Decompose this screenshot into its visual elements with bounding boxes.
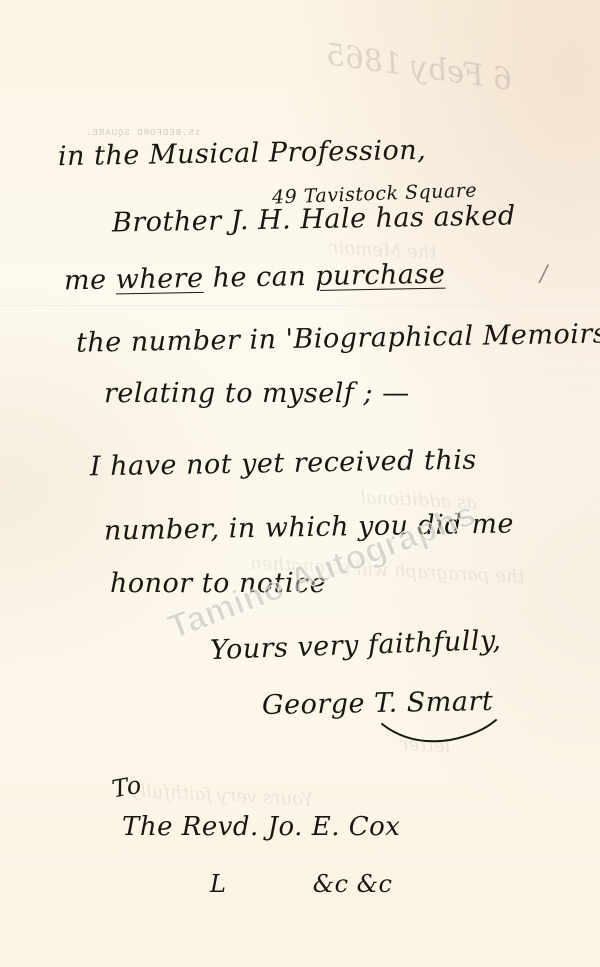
recipient-suffix-right: &c &c xyxy=(313,870,393,898)
fold-line xyxy=(0,305,600,307)
reverse-text-line: Yours very faithfully xyxy=(130,780,314,811)
signature-flourish-icon xyxy=(380,718,500,748)
recipient-suffix-left: L xyxy=(210,870,226,898)
reverse-date: 6 Feby 1865 xyxy=(323,37,514,98)
recipient-suffix: L &c &c xyxy=(210,870,392,898)
letter-line-1: in the Musical Profession, xyxy=(58,135,427,172)
underlined-word-where: where xyxy=(115,263,203,296)
letter-line-4: the number in 'Biographical Memoirs' xyxy=(76,318,600,358)
letter-line-3: me where he can purchase xyxy=(64,259,446,297)
recipient-name: The Revd. Jo. E. Cox xyxy=(122,812,400,842)
ink-mark: / xyxy=(540,262,547,287)
letter-line-5: relating to myself ; — xyxy=(104,378,410,409)
reverse-letterhead-address: 15.BEDFORD SQUARE. xyxy=(85,128,200,138)
letter-line-2: Brother J. H. Hale has asked xyxy=(112,200,516,238)
address-to: To xyxy=(110,771,144,804)
closing: Yours very faithfully, xyxy=(210,625,502,666)
letter-page: 6 Feby 1865 15.BEDFORD SQUARE. W.C. the … xyxy=(0,0,600,967)
letter-line-6: I have not yet received this xyxy=(90,445,477,483)
signature: George T. Smart xyxy=(262,686,494,721)
word-me: me xyxy=(64,264,116,296)
underlined-word-purchase: purchase xyxy=(315,259,446,292)
word-he-can: he can xyxy=(203,261,315,294)
